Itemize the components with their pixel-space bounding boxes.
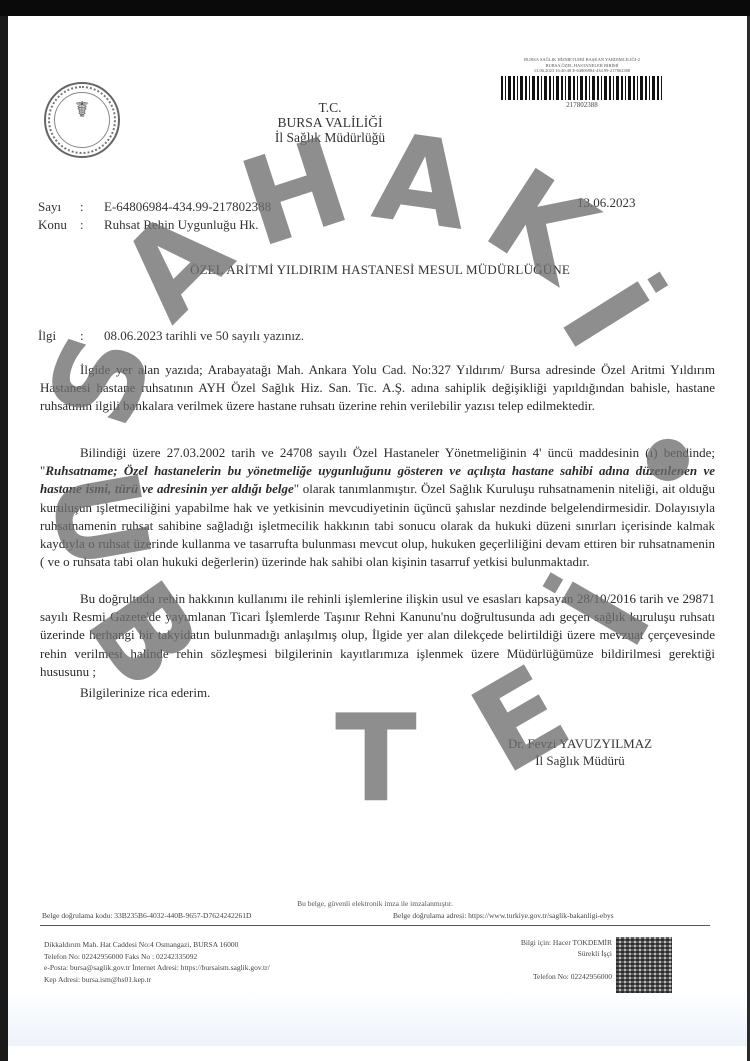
watermark-letter: A: [367, 117, 476, 249]
verification-code: Belge doğrulama kodu: 33B235B6-4032-440B…: [42, 911, 251, 920]
qr-code-icon[interactable]: [616, 937, 672, 993]
contact-phone: Telefon No: 02242956000 Faks No : 022423…: [44, 951, 270, 963]
contact-address: Dikkaldırım Mah. Hat Caddesi No:4 Osmang…: [44, 939, 270, 951]
barcode-icon: [501, 76, 663, 100]
caduceus-icon: ☤: [46, 98, 118, 123]
watermark-letter: •: [602, 419, 725, 500]
konu-colon: :: [80, 216, 104, 234]
scan-top-border: [0, 0, 750, 16]
info-role: Sürekli İşçi: [480, 948, 612, 959]
contact-email-web[interactable]: e-Posta: bursa@saglik.gov.tr İnternet Ad…: [44, 962, 270, 974]
info-phone: Telefon No: 02242956000: [480, 971, 612, 982]
konu-label: Konu: [38, 216, 80, 234]
esign-note: Bu belge, güvenli elektronik imza ile im…: [0, 899, 750, 908]
watermark-letter: K: [468, 151, 611, 302]
verification-address-link[interactable]: Belge doğrulama adresi: https://www.turk…: [393, 911, 614, 920]
barcode-timestamp: 13.06.2023 16:40:48 E-64806984-434.99-21…: [497, 68, 667, 74]
sayi-colon: :: [80, 198, 104, 216]
footer-divider: [40, 925, 710, 926]
scan-bottom-tint: [8, 990, 747, 1046]
contact-block: Dikkaldırım Mah. Hat Caddesi No:4 Osmang…: [44, 939, 270, 985]
document-barcode-block: BURSA SAĞLIK HİZMETLERİ BAŞKAN YARDIMCIL…: [497, 57, 667, 109]
barcode-number: 217802388: [497, 101, 667, 109]
ministry-of-health-seal-icon: ☤: [44, 82, 120, 158]
info-contact: Bilgi için: Hacer TOKDEMİR: [480, 937, 612, 948]
info-block: Bilgi için: Hacer TOKDEMİR Sürekli İşçi …: [480, 937, 612, 982]
watermark-letter: T: [335, 700, 417, 820]
contact-kep: Kep Adresi: bursa.ism@hs01.kep.tr: [44, 974, 270, 986]
sayi-label: Sayı: [38, 198, 80, 216]
